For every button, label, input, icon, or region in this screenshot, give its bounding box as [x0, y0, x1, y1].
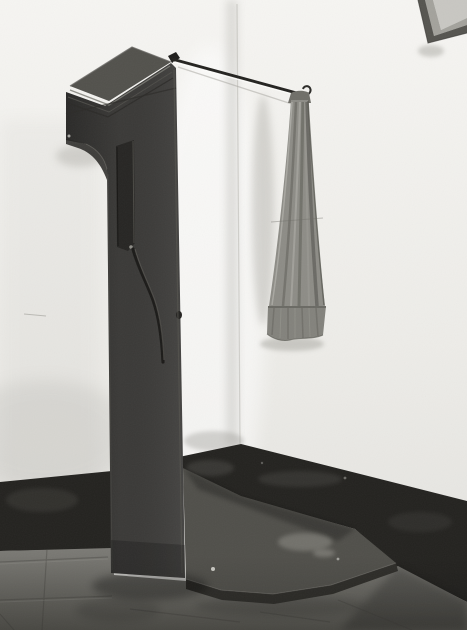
film-grain: [0, 0, 467, 630]
photograph: [0, 0, 467, 630]
photo-svg: [0, 0, 467, 630]
bottom-vignette: [0, 555, 467, 630]
